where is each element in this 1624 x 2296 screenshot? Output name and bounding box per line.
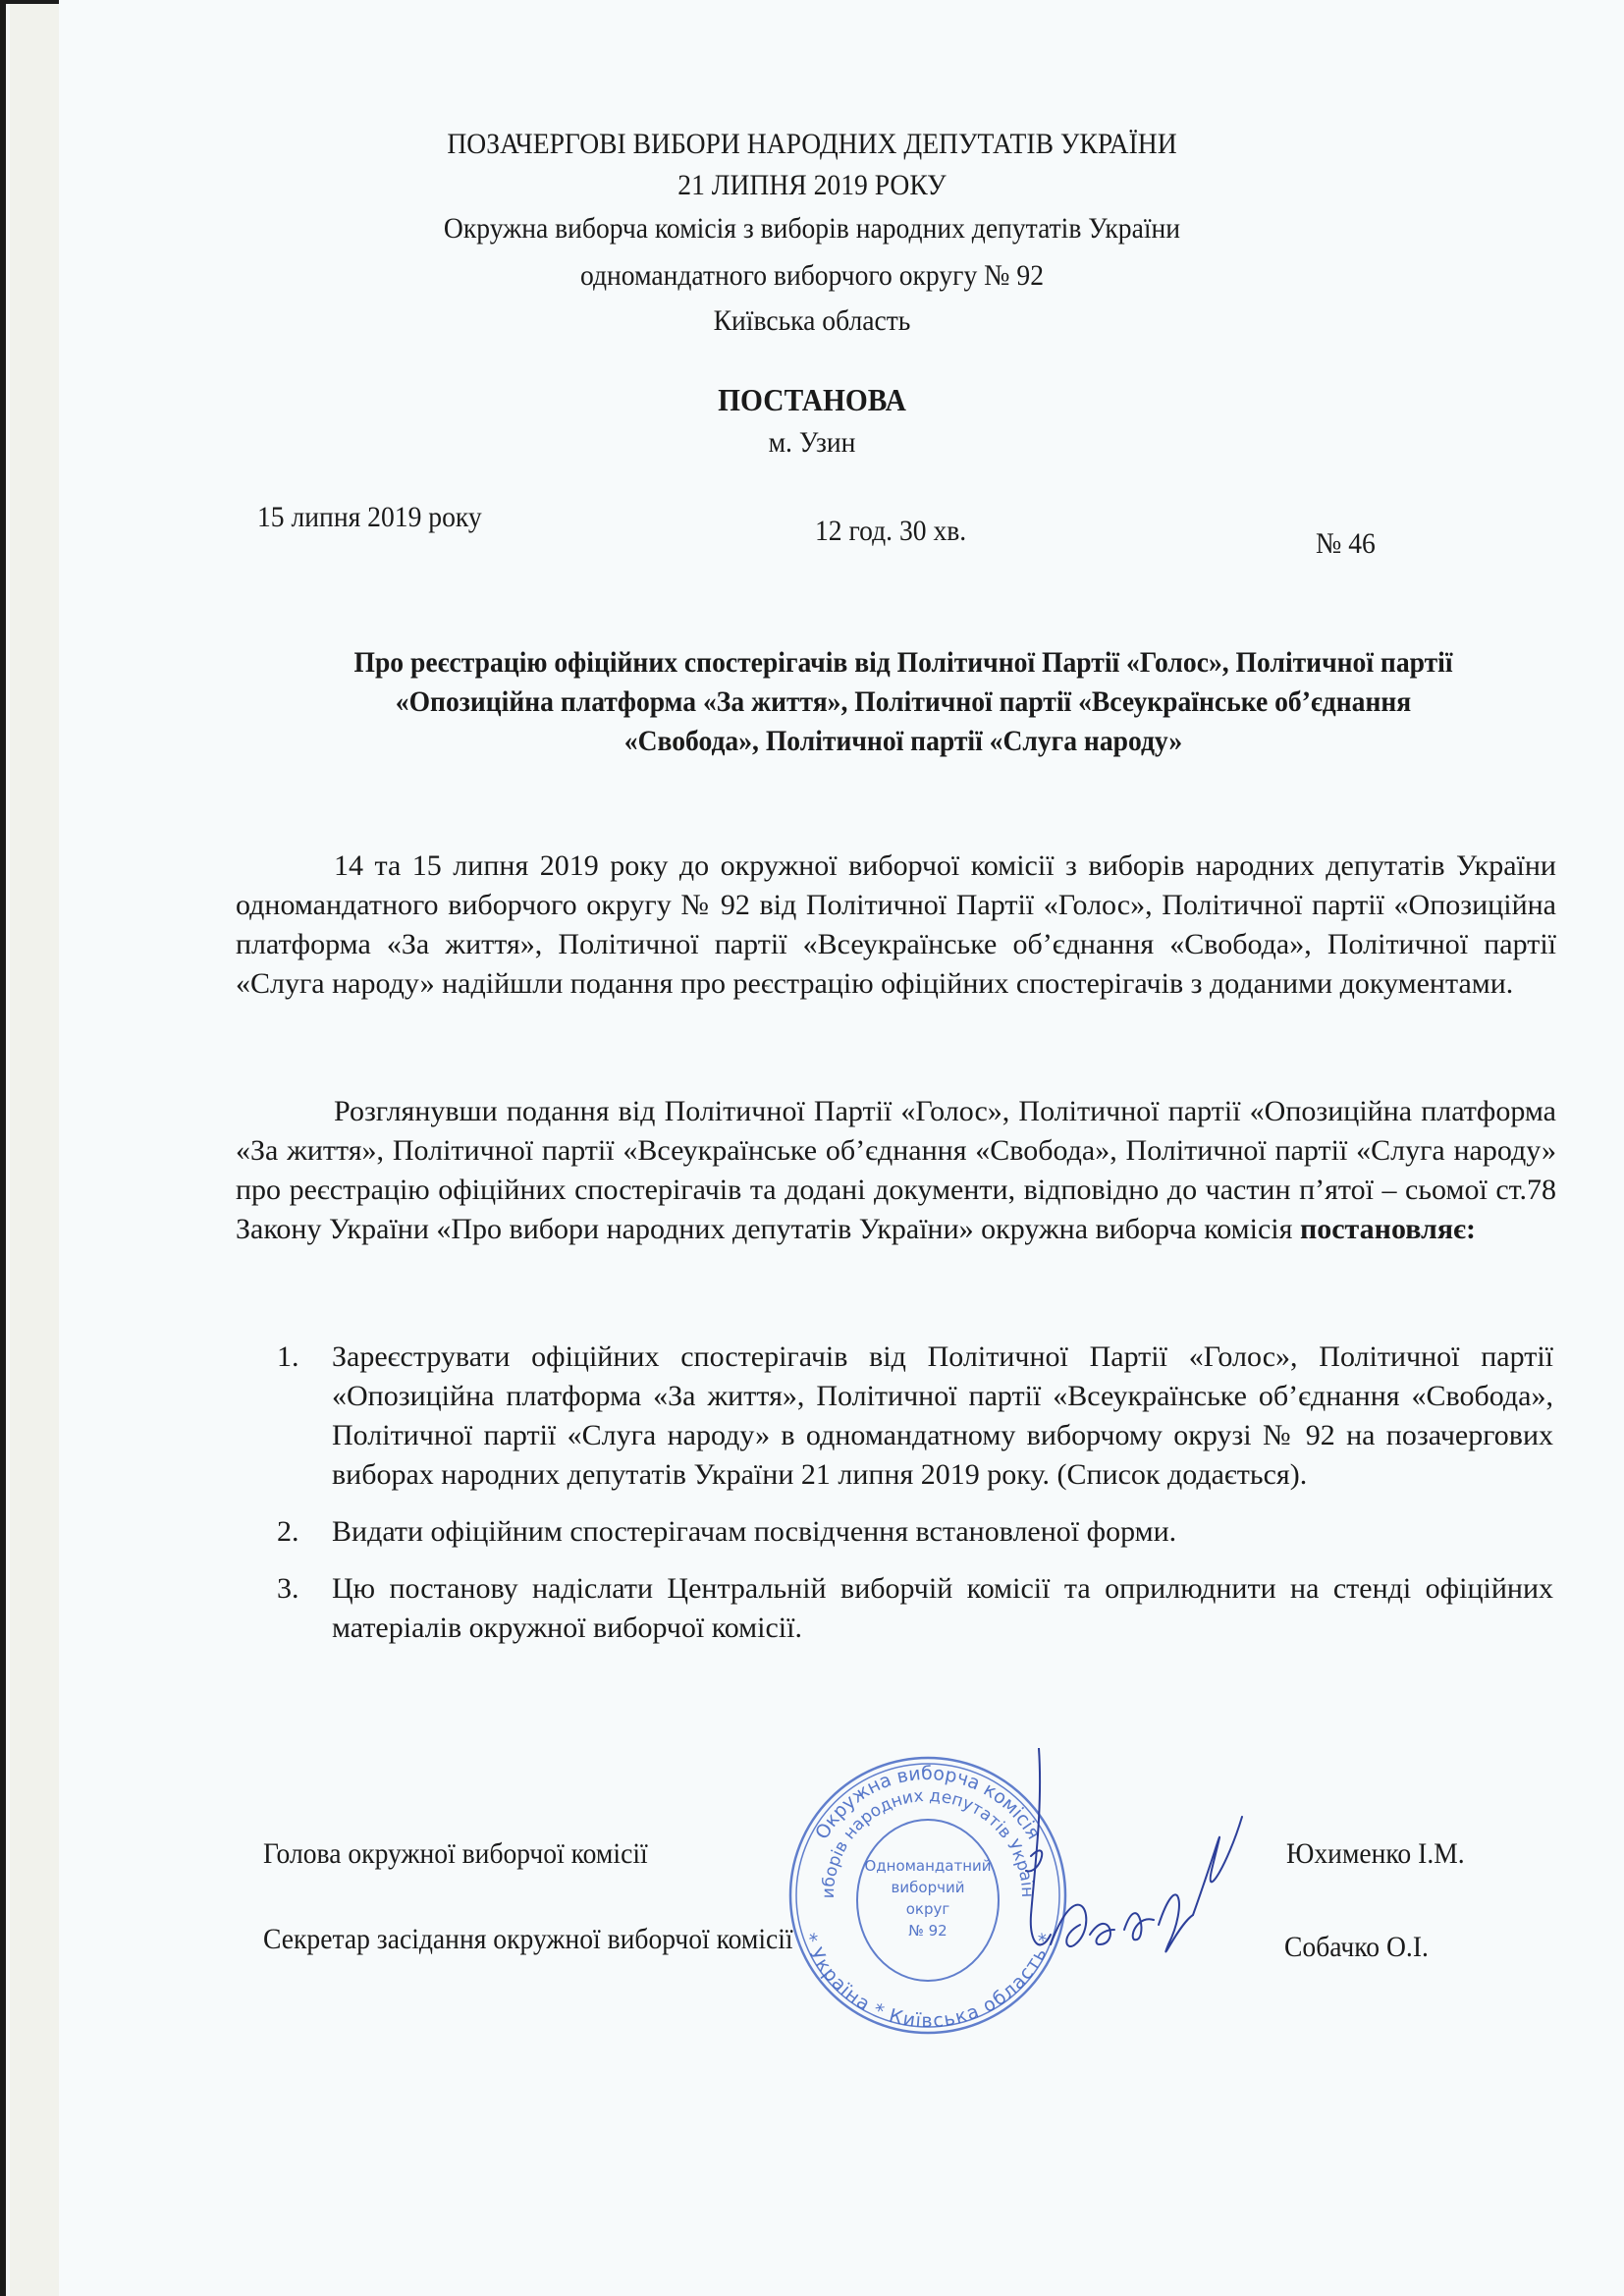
- svg-text:Одномандатний: Одномандатний: [864, 1857, 991, 1875]
- document-number: № 46: [1316, 527, 1376, 561]
- document-place: м. Узин: [65, 424, 1559, 462]
- resolution-text: Цю постанову надіслати Центральній вибор…: [332, 1572, 1553, 1644]
- scan-margin-strip: [10, 4, 59, 2296]
- resolution-number: 1.: [277, 1338, 299, 1377]
- resolution-item: 2. Видати офіційним спостерігачам посвід…: [277, 1512, 1553, 1552]
- region-name: Київська область: [65, 302, 1559, 340]
- resolution-text: Видати офіційним спостерігачам посвідчен…: [332, 1515, 1176, 1548]
- resolution-number: 2.: [277, 1512, 299, 1552]
- chairman-name: Юхименко І.М.: [1286, 1834, 1465, 1874]
- election-date: 21 ЛИПНЯ 2019 РОКУ: [65, 167, 1559, 204]
- handwritten-signature-icon: [1021, 1748, 1276, 2013]
- svg-text:№ 92: № 92: [908, 1922, 947, 1940]
- document-time: 12 год. 30 хв.: [815, 515, 966, 548]
- body-paragraph-2: Розглянувши подання від Політичної Парті…: [236, 1092, 1556, 1249]
- document-subject: Про реєстрацію офіційних спостерігачів в…: [325, 643, 1482, 761]
- district-name: одномандатного виборчого округу № 92: [65, 257, 1559, 295]
- commission-name: Окружна виборча комісія з виборів народн…: [65, 210, 1559, 247]
- election-title: ПОЗАЧЕРГОВІ ВИБОРИ НАРОДНИХ ДЕПУТАТІВ УК…: [65, 126, 1559, 163]
- chairman-role: Голова окружної виборчої комісії: [263, 1834, 648, 1874]
- body-paragraph-1: 14 та 15 липня 2019 року до окружної виб…: [236, 847, 1556, 1004]
- resolutions-list: 1. Зареєструвати офіційних спостерігачів…: [277, 1338, 1553, 1666]
- svg-text:виборчий: виборчий: [892, 1879, 965, 1896]
- svg-text:округ: округ: [906, 1900, 950, 1918]
- secretary-role: Секретар засідання окружної виборчої ком…: [263, 1920, 793, 1959]
- resolution-number: 3.: [277, 1569, 299, 1609]
- resolution-text: Зареєструвати офіційних спостерігачів ві…: [332, 1340, 1553, 1491]
- resolution-item: 3. Цю постанову надіслати Центральній ви…: [277, 1569, 1553, 1648]
- paragraph-text: 14 та 15 липня 2019 року до окружної виб…: [236, 849, 1556, 1000]
- document-date: 15 липня 2019 року: [257, 501, 482, 534]
- resolves-keyword: постановляє:: [1300, 1213, 1476, 1245]
- document-type: ПОСТАНОВА: [65, 381, 1559, 418]
- scan-edge: [0, 0, 6, 2296]
- secretary-name: Собачко О.І.: [1284, 1928, 1429, 1967]
- resolution-item: 1. Зареєструвати офіційних спостерігачів…: [277, 1338, 1553, 1495]
